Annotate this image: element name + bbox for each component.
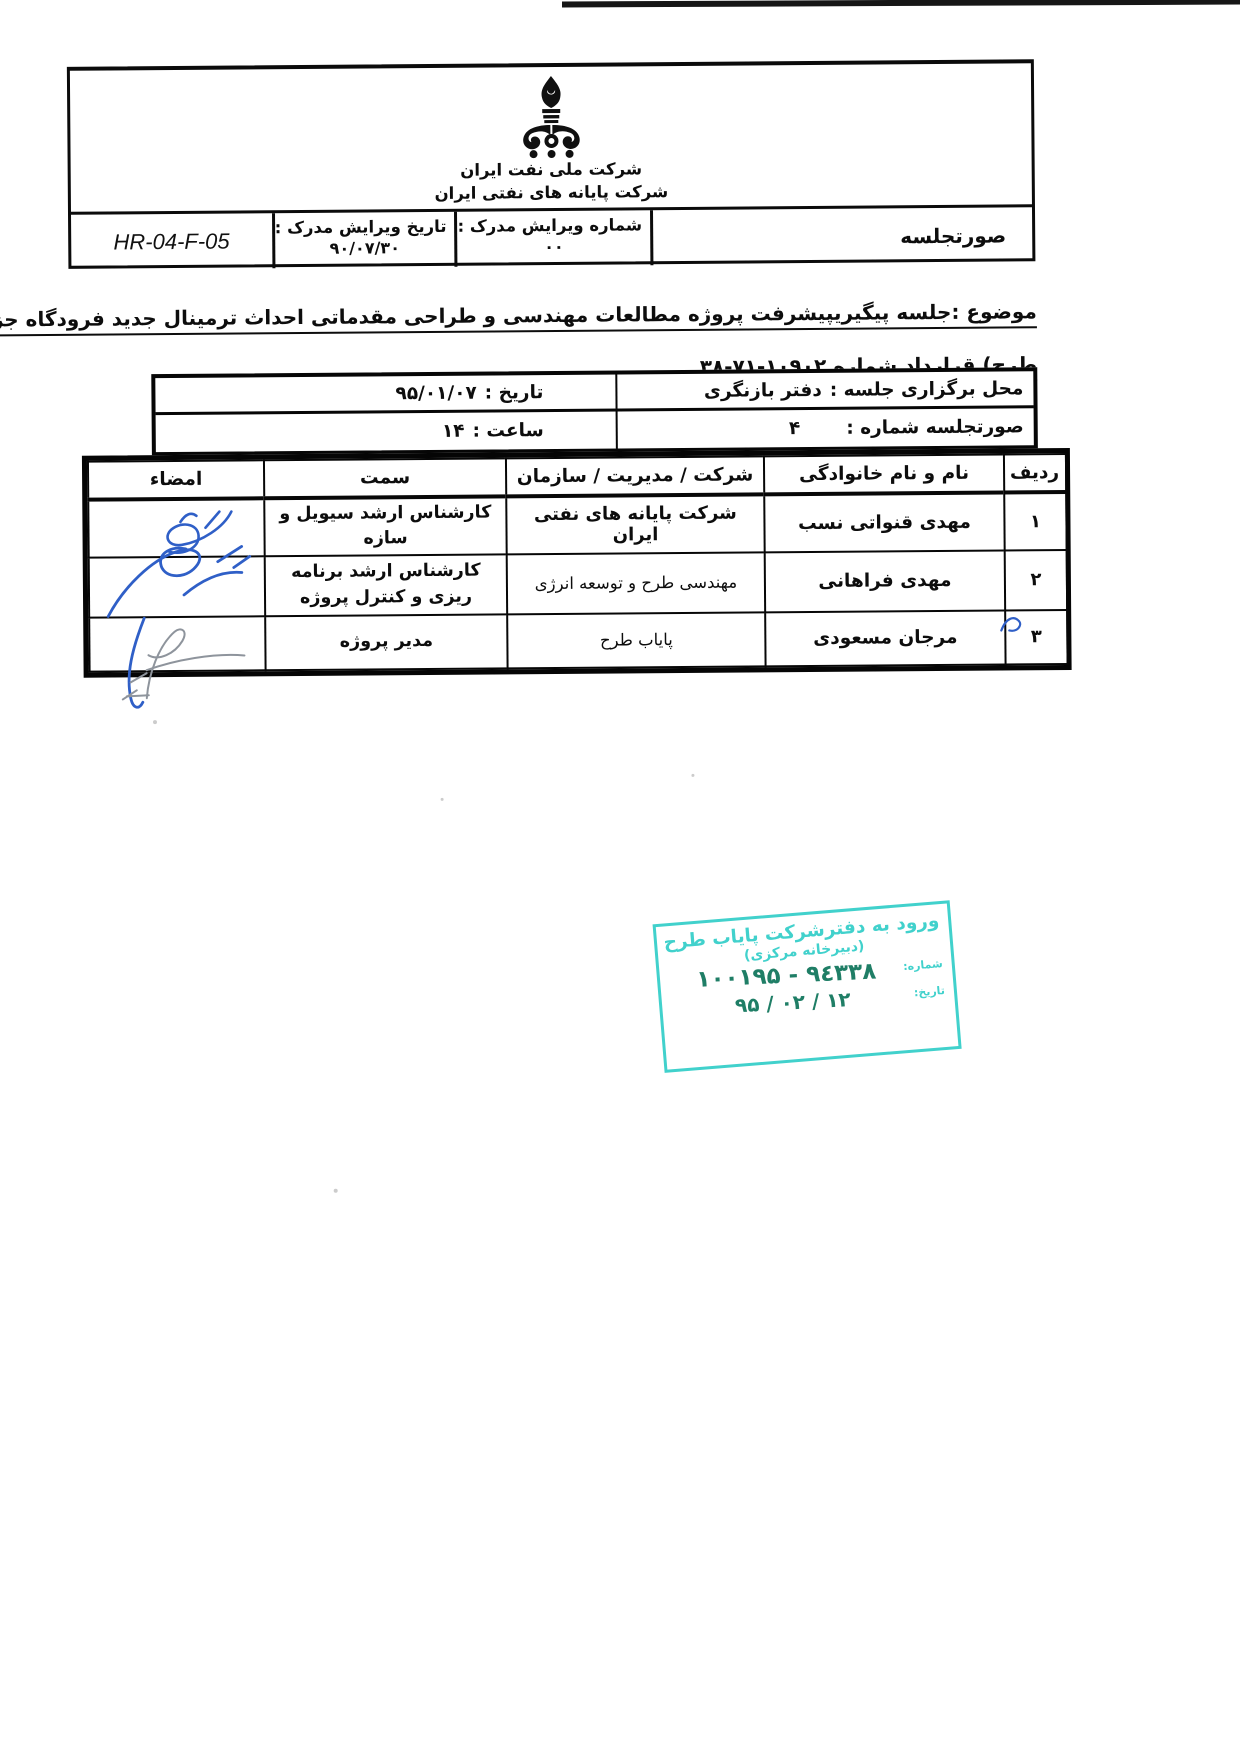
header-logo-section: شرکت ملی نفت ایران شرکت پایانه های نفتی …	[70, 63, 1032, 215]
meeting-time-cell: ساعت : ۱۴	[156, 412, 616, 453]
attendee-organization: شرکت پایانه های نفتی ایران	[506, 494, 764, 554]
stamp-date-label: تاریخ:	[913, 983, 945, 998]
attendee-position: کارشناس ارشد سیویل و سازه	[264, 496, 506, 556]
attendee-position: کارشناس ارشد برنامه ریزی و کنترل پروژه	[265, 554, 507, 616]
signature-cell	[88, 498, 264, 557]
col-header-row-number: ردیف	[1004, 454, 1066, 492]
revision-date-value: ۹۰/۰۷/۳۰	[275, 238, 455, 258]
signature-cell	[89, 556, 265, 617]
attendee-row-3: ۳ مرجان مسعودی پایاب طرح مدیر پروژه	[89, 610, 1067, 672]
col-header-name: نام و نام خانوادگی	[764, 454, 1004, 494]
col-header-position: سمت	[264, 458, 506, 498]
attendee-organization: مهندسی طرح و توسعه انرژی	[507, 552, 765, 614]
row-number: ۳	[1005, 610, 1067, 664]
attendee-name: مهدی قنواتی نسب	[764, 492, 1004, 552]
org-name-primary: شرکت ملی نفت ایران	[460, 159, 642, 179]
meeting-date-label: تاریخ :	[485, 382, 544, 403]
header-meta-row: صورتجلسه شماره ویرایش مدرک : ۰۰ تاریخ وی…	[71, 207, 1032, 270]
org-name-secondary: شرکت پایانه های نفتی ایران	[434, 182, 668, 203]
meeting-time-label: ساعت :	[472, 420, 543, 442]
attendee-position: مدیر پروژه	[265, 614, 507, 670]
meeting-date-cell: تاریخ : ۹۵/۰۱/۰۷	[155, 375, 615, 413]
row-number: ۲	[1005, 550, 1067, 610]
attendees-table: ردیف نام و نام خانوادگی شرکت / مدیریت / …	[82, 448, 1072, 678]
row-number: ۱	[1004, 492, 1066, 550]
stamp-number-label: شماره:	[903, 956, 943, 972]
meeting-info-table: محل برگزاری جلسه : دفتر بازنگری تاریخ : …	[151, 367, 1038, 456]
attendee-organization: پایاب طرح	[507, 612, 765, 668]
revision-date-label: تاریخ ویرایش مدرک :	[275, 215, 455, 237]
scan-speck	[441, 798, 444, 801]
revision-number-value: ۰۰	[458, 236, 651, 257]
doc-title-cell: صورتجلسه	[650, 207, 1032, 265]
form-code: HR-04-F-05	[113, 228, 229, 255]
attendee-row-1: ۱ مهدی قنواتی نسب شرکت پایانه های نفتی ا…	[88, 492, 1066, 557]
scanned-meeting-minutes-page: شرکت ملی نفت ایران شرکت پایانه های نفتی …	[0, 0, 1240, 1753]
form-header-box: شرکت ملی نفت ایران شرکت پایانه های نفتی …	[67, 59, 1036, 269]
meeting-time-value: ۱۴	[442, 421, 465, 442]
meeting-location-cell: محل برگزاری جلسه : دفتر بازنگری	[615, 371, 1033, 408]
subject-line-1: موضوع :جلسه پیگیریپیشرفت پروژه مطالعات م…	[99, 285, 1037, 345]
attendee-name: مهدی فراهانی	[765, 550, 1005, 612]
meeting-number-cell: صورتجلسه شماره : ۴	[616, 408, 1034, 448]
doc-title: صورتجلسه	[900, 223, 1032, 248]
office-entry-stamp: ورود به دفترشرکت پایاب طرح (دبیرخانه مرک…	[653, 900, 962, 1073]
form-code-cell: HR-04-F-05	[71, 213, 272, 270]
attendee-name: مرجان مسعودی	[765, 610, 1005, 666]
col-header-signature: امضاء	[88, 460, 264, 499]
attendee-row-2: ۲ مهدی فراهانی مهندسی طرح و توسعه انرژی …	[89, 550, 1067, 618]
revision-number-label: شماره ویرایش مدرک :	[457, 213, 650, 236]
meeting-location-label: محل برگزاری جلسه :	[830, 378, 1024, 401]
revision-number-cell: شماره ویرایش مدرک : ۰۰	[454, 210, 650, 267]
revision-date-cell: تاریخ ویرایش مدرک : ۹۰/۰۷/۳۰	[272, 212, 455, 268]
nioc-torch-logo-icon	[519, 75, 582, 159]
meeting-number-label: صورتجلسه شماره :	[846, 416, 1024, 438]
col-header-organization: شرکت / مدیریت / سازمان	[506, 456, 764, 496]
meeting-info-row-2: صورتجلسه شماره : ۴ ساعت : ۱۴	[156, 408, 1034, 452]
scan-speck	[153, 720, 157, 724]
scan-speck	[691, 774, 694, 777]
meeting-location-value: دفتر بازنگری	[704, 379, 822, 401]
signature-cell	[89, 616, 265, 671]
meeting-date-value: ۹۵/۰۱/۰۷	[395, 382, 476, 404]
scan-speck	[334, 1189, 338, 1193]
meeting-number-value: ۴	[789, 418, 800, 439]
